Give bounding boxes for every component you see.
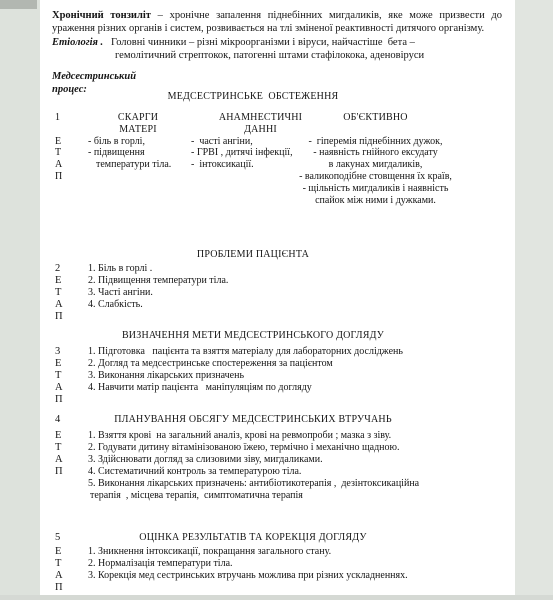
- list-item: 4. Навчити матір пацієнта маніпуляціям п…: [88, 382, 515, 394]
- table-cell: - біль в горлі,: [88, 136, 188, 148]
- list-row: Е 1. Зникнення інтоксикації, покращання …: [40, 546, 515, 558]
- etap-letter: Е: [40, 546, 88, 558]
- table-cell: температури тіла.: [88, 159, 188, 171]
- stage5-title: ОЦІНКА РЕЗУЛЬТАТІВ ТА КОРЕКЦІЯ ДОГЛЯДУ: [40, 532, 466, 544]
- etap-letter: П: [40, 394, 88, 406]
- list-item: 4. Систематичний контроль за температуро…: [88, 466, 515, 478]
- etiology-line: Етіологія . Головні чинники – різні мікр…: [52, 36, 502, 49]
- table-cell: спайок між ними і дужками.: [288, 195, 463, 207]
- list-item: 1. Зникнення інтоксикації, покращання за…: [88, 546, 515, 558]
- list-item: 2. Годувати дитину вітамінізованою їжею,…: [88, 442, 515, 454]
- document-page: Хронічний тонзиліт – хронічне запалення …: [40, 0, 515, 595]
- list-item-continuation: терапія , місцева терапія, симптоматична…: [88, 490, 515, 502]
- column-complaints: СКАРГИ МАТЕРІ - біль в горлі, - підвищен…: [88, 112, 188, 171]
- list-item-empty: [88, 311, 515, 323]
- list-item: 3. Виконання лікарських призначень: [88, 370, 515, 382]
- etap-empty: [40, 478, 88, 490]
- list-item: 3. Часті ангіни.: [88, 287, 515, 299]
- etap-empty: [40, 490, 88, 502]
- list-row: Е 2. Підвищення температури тіла.: [40, 275, 515, 287]
- list-row: 2 1. Біль в горлі .: [40, 263, 515, 275]
- list-row: П: [40, 582, 515, 594]
- stage1-etap-column: 1 Е Т А П: [55, 112, 62, 183]
- stage-number: 1: [55, 112, 62, 124]
- list-row: Е 1. Взяття крові на загальний аналіз, к…: [40, 430, 515, 442]
- list-row: П: [40, 311, 515, 323]
- table-cell: - підвищення: [88, 147, 188, 159]
- list-item: 2. Догляд та медсестринське спостереженн…: [88, 358, 515, 370]
- etiology-text: Головні чинники – різні мікроорганізми і…: [103, 37, 415, 48]
- etap-letter: А: [40, 570, 88, 582]
- etap-letter: А: [40, 454, 88, 466]
- etap-letter: П: [40, 582, 88, 594]
- list-row: 3 1. Підготовка пацієнта та взяття матер…: [40, 346, 515, 358]
- stage3-rows: 3 1. Підготовка пацієнта та взяття матер…: [40, 346, 515, 406]
- list-row: А 3. Корекція мед сестринських втручань …: [40, 570, 515, 582]
- scan-corner-artifact: [0, 0, 37, 9]
- scan-edge-bottom: [0, 595, 553, 600]
- stage5-rows: Е 1. Зникнення інтоксикації, покращання …: [40, 546, 515, 594]
- stage2-title: ПРОБЛЕМИ ПАЦІЄНТА: [40, 249, 466, 261]
- stage1-section: МЕДСЕСТРИНСЬКЕ ОБСТЕЖЕННЯ 1 Е Т А П СКАР…: [40, 91, 515, 209]
- intro-block: Хронічний тонзиліт – хронічне запалення …: [52, 9, 502, 63]
- column-objective: ОБ'ЄКТИВНО - гіперемія піднебінних дужок…: [288, 112, 463, 206]
- etap-letter: Т: [40, 558, 88, 570]
- list-row: А 4. Слабкість.: [40, 299, 515, 311]
- etap-letter: П: [40, 311, 88, 323]
- stage-number: 2: [40, 263, 88, 275]
- column-header: МАТЕРІ: [88, 124, 188, 136]
- stage-number: 3: [40, 346, 88, 358]
- etiology-continuation: гемолітичний стрептокок, патогенні штами…: [52, 49, 502, 62]
- stage4-title: ПЛАНУВАННЯ ОБСЯГУ МЕДСЕСТРИНСЬКИХ ВТРУЧА…: [40, 414, 466, 426]
- table-cell: в лакунах мигдаликів,: [288, 159, 463, 171]
- table-cell: - наявність гнійного ексудату: [288, 147, 463, 159]
- spacer-line: [288, 124, 463, 136]
- list-item: 1. Взяття крові на загальний аналіз, кро…: [88, 430, 515, 442]
- etap-letter: Е: [40, 430, 88, 442]
- etap-letter: А: [55, 159, 62, 171]
- stage3-section: ВИЗНАЧЕННЯ МЕТИ МЕДСЕСТРИНСЬКОГО ДОГЛЯДУ…: [40, 330, 515, 410]
- list-item-empty: [88, 394, 515, 406]
- list-row: Т 3. Виконання лікарських призначень: [40, 370, 515, 382]
- list-item: 4. Слабкість.: [88, 299, 515, 311]
- column-header: ОБ'ЄКТИВНО: [288, 112, 463, 124]
- list-row: Е 2. Догляд та медсестринське спостереже…: [40, 358, 515, 370]
- process-label-line1: Медсестринський: [52, 70, 136, 83]
- etap-letter: А: [40, 299, 88, 311]
- term-bold: Хронічний тонзиліт: [52, 10, 151, 21]
- stage4-section: 4 ПЛАНУВАННЯ ОБСЯГУ МЕДСЕСТРИНСЬКИХ ВТРУ…: [40, 414, 515, 506]
- list-item-empty: [88, 582, 515, 594]
- stage5-section: 5 ОЦІНКА РЕЗУЛЬТАТІВ ТА КОРЕКЦІЯ ДОГЛЯДУ…: [40, 532, 515, 594]
- etap-letter: Е: [40, 275, 88, 287]
- stage4-rows: Е 1. Взяття крові на загальний аналіз, к…: [40, 430, 515, 502]
- column-header: СКАРГИ: [88, 112, 188, 124]
- list-item: 3. Корекція мед сестринських втручань мо…: [88, 570, 515, 582]
- intro-paragraph: Хронічний тонзиліт – хронічне запалення …: [52, 9, 502, 36]
- scan-margin-left: [0, 0, 40, 600]
- table-cell: - валикоподібне стовщення їх країв,: [288, 171, 463, 183]
- list-row: Т 2. Годувати дитину вітамінізованою їже…: [40, 442, 515, 454]
- etap-letter: Т: [40, 287, 88, 299]
- list-item: 2. Підвищення температури тіла.: [88, 275, 515, 287]
- list-item: 3. Здійснювати догляд за слизовими зіву,…: [88, 454, 515, 466]
- document-scan: { "intro": { "term": "Хронічний тонзиліт…: [0, 0, 553, 600]
- etap-letter: П: [55, 171, 62, 183]
- etiology-label: Етіологія .: [52, 37, 103, 48]
- stage2-section: ПРОБЛЕМИ ПАЦІЄНТА 2 1. Біль в горлі . Е …: [40, 249, 515, 327]
- list-row: Т 3. Часті ангіни.: [40, 287, 515, 299]
- etap-letter: Т: [55, 147, 62, 159]
- list-item: 5. Виконання лікарських призначень: анти…: [88, 478, 515, 490]
- list-item: 2. Нормалізація температури тіла.: [88, 558, 515, 570]
- stage3-title: ВИЗНАЧЕННЯ МЕТИ МЕДСЕСТРИНСЬКОГО ДОГЛЯДУ: [40, 330, 466, 342]
- list-row: терапія , місцева терапія, симптоматична…: [40, 490, 515, 502]
- list-row: П 4. Систематичний контроль за температу…: [40, 466, 515, 478]
- etap-letter: Е: [40, 358, 88, 370]
- etap-letter: Т: [40, 370, 88, 382]
- stage1-title: МЕДСЕСТРИНСЬКЕ ОБСТЕЖЕННЯ: [40, 91, 466, 103]
- list-row: П: [40, 394, 515, 406]
- table-cell: - гіперемія піднебінних дужок,: [288, 136, 463, 148]
- stage2-rows: 2 1. Біль в горлі . Е 2. Підвищення темп…: [40, 263, 515, 323]
- table-cell: - щільність мигдаликів і наявність: [288, 183, 463, 195]
- list-item: 1. Біль в горлі .: [88, 263, 515, 275]
- list-row: А 3. Здійснювати догляд за слизовими зів…: [40, 454, 515, 466]
- etap-letter: А: [40, 382, 88, 394]
- list-item: 1. Підготовка пацієнта та взяття матеріа…: [88, 346, 515, 358]
- list-row: А 4. Навчити матір пацієнта маніпуляціям…: [40, 382, 515, 394]
- spacer-line: [55, 124, 62, 136]
- etap-letter: Т: [40, 442, 88, 454]
- etap-letter: Е: [55, 136, 62, 148]
- etap-letter: П: [40, 466, 88, 478]
- list-row: Т 2. Нормалізація температури тіла.: [40, 558, 515, 570]
- list-row: 5. Виконання лікарських призначень: анти…: [40, 478, 515, 490]
